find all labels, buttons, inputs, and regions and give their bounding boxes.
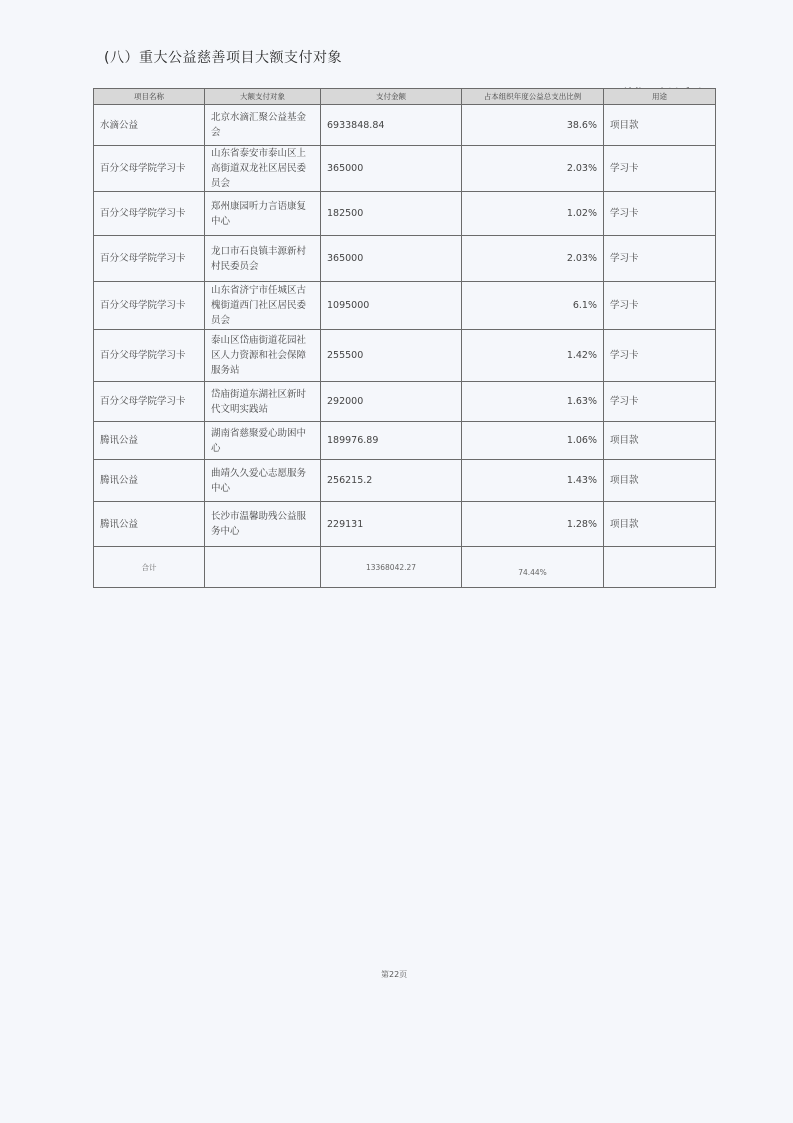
header-purpose: 用途 [604, 89, 716, 105]
amount-cell: 6933848.84 [321, 105, 462, 146]
amount-cell: 1095000 [321, 282, 462, 330]
purpose-cell: 项目款 [604, 502, 716, 547]
ratio-cell: 6.1% [462, 282, 604, 330]
page-number: 第22页 [381, 969, 407, 980]
table-row: 腾讯公益曲靖久久爱心志愿服务中心256215.21.43%项目款 [94, 460, 716, 502]
table-row: 百分父母学院学习卡山东省泰安市泰山区上高街道双龙社区居民委员会3650002.0… [94, 146, 716, 192]
ratio-cell: 1.02% [462, 192, 604, 236]
total-ratio-cell: 74.44% [462, 547, 604, 588]
amount-cell: 365000 [321, 146, 462, 192]
project-cell: 百分父母学院学习卡 [94, 146, 205, 192]
purpose-cell: 学习卡 [604, 192, 716, 236]
ratio-cell: 1.28% [462, 502, 604, 547]
table-row: 百分父母学院学习卡岱庙街道东湖社区新时代文明实践站2920001.63%学习卡 [94, 382, 716, 422]
project-cell: 腾讯公益 [94, 422, 205, 460]
project-cell: 腾讯公益 [94, 460, 205, 502]
purpose-cell: 学习卡 [604, 236, 716, 282]
amount-cell: 229131 [321, 502, 462, 547]
amount-cell: 292000 [321, 382, 462, 422]
amount-cell: 255500 [321, 330, 462, 382]
recipient-cell: 北京水滴汇聚公益基金会 [205, 105, 321, 146]
section-title: (八）重大公益慈善项目大额支付对象 [104, 47, 342, 67]
header-recipient: 大额支付对象 [205, 89, 321, 105]
project-cell: 百分父母学院学习卡 [94, 382, 205, 422]
total-label-cell: 合计 [94, 547, 205, 588]
amount-cell: 182500 [321, 192, 462, 236]
project-cell: 百分父母学院学习卡 [94, 192, 205, 236]
table-row: 腾讯公益长沙市温馨助残公益服务中心2291311.28%项目款 [94, 502, 716, 547]
table-row: 百分父母学院学习卡龙口市石良镇丰源新村村民委员会3650002.03%学习卡 [94, 236, 716, 282]
ratio-cell: 2.03% [462, 146, 604, 192]
project-cell: 水滴公益 [94, 105, 205, 146]
ratio-cell: 1.42% [462, 330, 604, 382]
project-cell: 腾讯公益 [94, 502, 205, 547]
header-ratio: 占本组织年度公益总支出比例 [462, 89, 604, 105]
recipient-cell: 龙口市石良镇丰源新村村民委员会 [205, 236, 321, 282]
purpose-cell: 项目款 [604, 422, 716, 460]
purpose-cell: 项目款 [604, 460, 716, 502]
purpose-cell: 学习卡 [604, 282, 716, 330]
table-row: 腾讯公益湖南省慈聚爱心助困中心189976.891.06%项目款 [94, 422, 716, 460]
recipient-cell: 曲靖久久爱心志愿服务中心 [205, 460, 321, 502]
recipient-cell: 山东省济宁市任城区古槐街道西门社区居民委员会 [205, 282, 321, 330]
table-row: 水滴公益北京水滴汇聚公益基金会6933848.8438.6%项目款 [94, 105, 716, 146]
purpose-cell: 项目款 [604, 105, 716, 146]
amount-cell: 256215.2 [321, 460, 462, 502]
recipient-cell: 岱庙街道东湖社区新时代文明实践站 [205, 382, 321, 422]
recipient-cell: 长沙市温馨助残公益服务中心 [205, 502, 321, 547]
recipient-cell: 湖南省慈聚爱心助困中心 [205, 422, 321, 460]
project-cell: 百分父母学院学习卡 [94, 282, 205, 330]
ratio-cell: 1.06% [462, 422, 604, 460]
recipient-cell: 泰山区岱庙街道花园社区人力资源和社会保障服务站 [205, 330, 321, 382]
large-payment-table: 项目名称 大额支付对象 支付金额 占本组织年度公益总支出比例 用途 水滴公益北京… [93, 88, 716, 588]
total-purpose-cell [604, 547, 716, 588]
table-row: 百分父母学院学习卡山东省济宁市任城区古槐街道西门社区居民委员会10950006.… [94, 282, 716, 330]
amount-cell: 189976.89 [321, 422, 462, 460]
header-project-name: 项目名称 [94, 89, 205, 105]
total-recipient-cell [205, 547, 321, 588]
ratio-cell: 1.63% [462, 382, 604, 422]
purpose-cell: 学习卡 [604, 330, 716, 382]
purpose-cell: 学习卡 [604, 146, 716, 192]
ratio-cell: 1.43% [462, 460, 604, 502]
recipient-cell: 郑州康园听力言语康复中心 [205, 192, 321, 236]
project-cell: 百分父母学院学习卡 [94, 236, 205, 282]
header-amount: 支付金额 [321, 89, 462, 105]
total-row: 合计13368042.2774.44% [94, 547, 716, 588]
table-row: 百分父母学院学习卡泰山区岱庙街道花园社区人力资源和社会保障服务站2555001.… [94, 330, 716, 382]
table-header-row: 项目名称 大额支付对象 支付金额 占本组织年度公益总支出比例 用途 [94, 89, 716, 105]
purpose-cell: 学习卡 [604, 382, 716, 422]
project-cell: 百分父母学院学习卡 [94, 330, 205, 382]
recipient-cell: 山东省泰安市泰山区上高街道双龙社区居民委员会 [205, 146, 321, 192]
ratio-cell: 2.03% [462, 236, 604, 282]
table-row: 百分父母学院学习卡郑州康园听力言语康复中心1825001.02%学习卡 [94, 192, 716, 236]
total-amount-cell: 13368042.27 [321, 547, 462, 588]
amount-cell: 365000 [321, 236, 462, 282]
ratio-cell: 38.6% [462, 105, 604, 146]
